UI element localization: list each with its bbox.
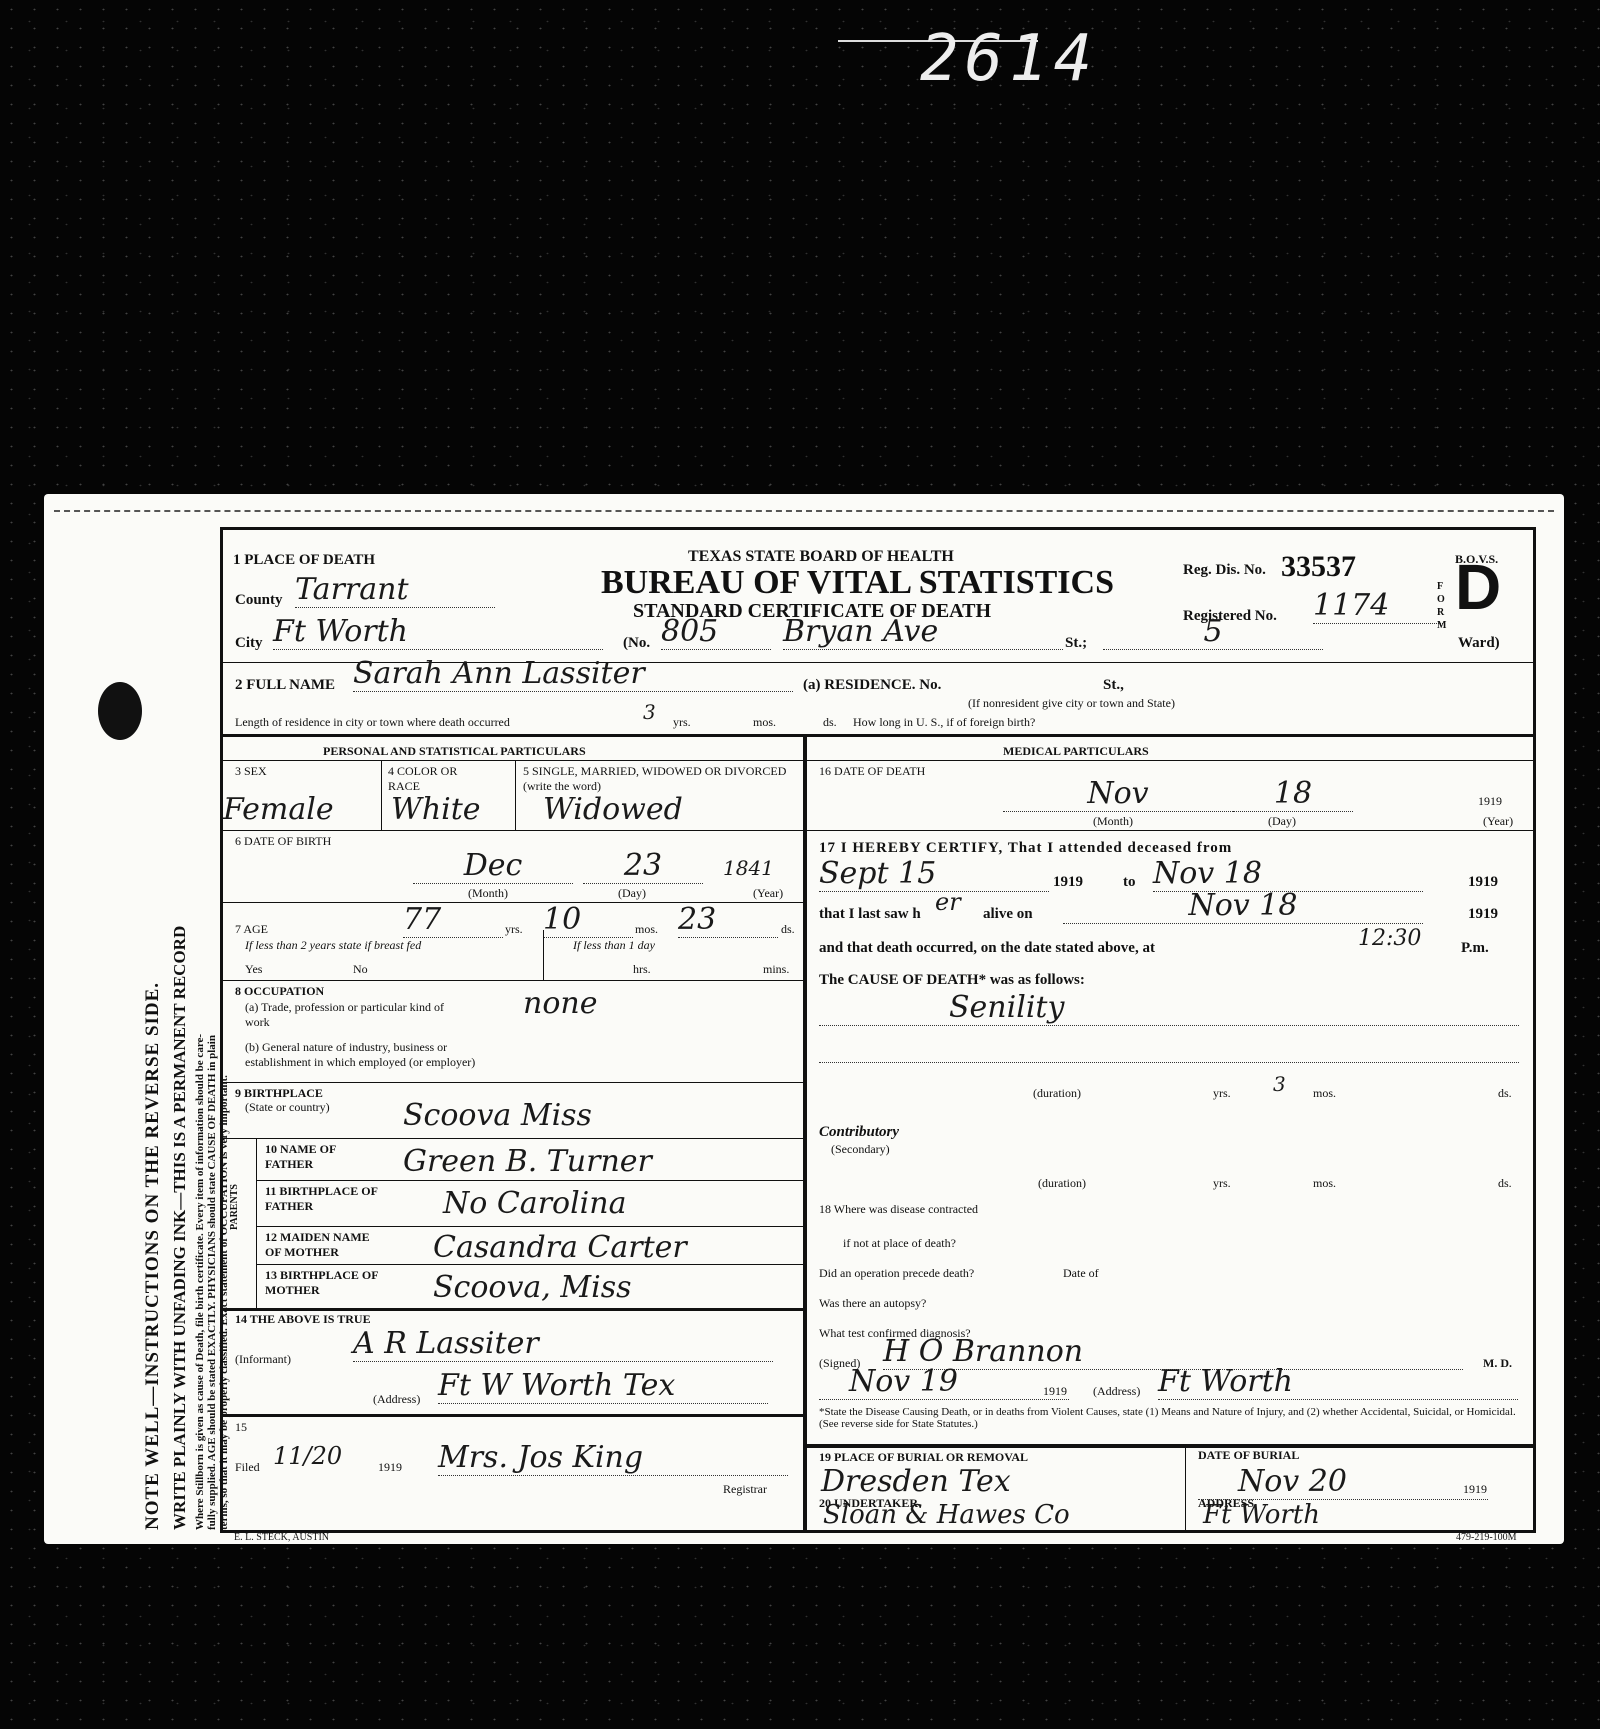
if-not-place-label: if not at place of death? (843, 1236, 956, 1251)
mother-birthplace-value: Scoova, Miss (433, 1270, 632, 1305)
informant-address-value: Ft W Worth Tex (438, 1368, 768, 1404)
burial-place-value: Dresden Tex (821, 1464, 1011, 1499)
medical-section-title: MEDICAL PARTICULARS (1003, 744, 1149, 759)
sex-label: 3 SEX (235, 764, 267, 779)
burial-date-value: Nov 20 (1198, 1464, 1488, 1500)
street-label: St.; (1065, 635, 1087, 652)
physician-address-label: (Address) (1093, 1384, 1140, 1399)
city-value: Ft Worth (273, 614, 603, 650)
alive-on-date: Nov 18 (1063, 888, 1423, 924)
attended-to-year: 1919 (1468, 874, 1498, 891)
physician-address: Ft Worth (1158, 1364, 1518, 1400)
length-residence-label: Length of residence in city or town wher… (235, 715, 510, 730)
filed-label: Filed (235, 1460, 260, 1475)
yes-label: Yes (245, 962, 262, 977)
cause-of-death-value: Senility (819, 990, 1519, 1026)
father-birthplace-label: 11 BIRTHPLACE OF FATHER (265, 1184, 385, 1214)
age-yrs-caption: yrs. (505, 922, 523, 937)
contributory-yrs-label: yrs. (1213, 1176, 1231, 1191)
dob-day: 23 (583, 848, 703, 884)
contributory-ds-label: ds. (1498, 1176, 1512, 1191)
parents-label: PARENTS (229, 1184, 240, 1230)
race-label: 4 COLOR OR RACE (388, 764, 478, 794)
bureau-title: BUREAU OF VITAL STATISTICS (601, 564, 1114, 602)
filed-date: 11/20 (273, 1442, 342, 1470)
form-code: 479-219-100M (1456, 1532, 1517, 1543)
informant-address-label: (Address) (373, 1392, 420, 1407)
mother-value: Casandra Carter (433, 1230, 687, 1265)
dob-day-caption: (Day) (618, 886, 646, 901)
county-label: County (235, 592, 283, 609)
alive-on-year: 1919 (1468, 906, 1498, 923)
printer-imprint: E. L. STECK, AUSTIN (234, 1532, 329, 1543)
time-suffix: P.m. (1461, 940, 1489, 957)
residence-street-label: St., (1103, 677, 1124, 694)
duration-months: 3 (1273, 1072, 1286, 1096)
form-letter: D (1455, 550, 1501, 624)
duration-yrs-label: yrs. (1213, 1086, 1231, 1101)
death-year-caption: (Year) (1483, 814, 1513, 829)
street-no-value: 805 (661, 614, 771, 650)
registrar-value: Mrs. Jos King (438, 1440, 788, 1476)
paper-top-edge (54, 502, 1554, 512)
alive-on-label: alive on (983, 906, 1033, 923)
filed-number: 15 (235, 1420, 247, 1435)
full-name-value: Sarah Ann Lassiter (353, 656, 793, 692)
ward-label: Ward) (1458, 635, 1500, 652)
contributory-mos-label: mos. (1313, 1176, 1336, 1191)
death-day-caption: (Day) (1268, 814, 1296, 829)
duration-label: (duration) (1033, 1086, 1081, 1101)
time-of-death: 12:30 (1358, 926, 1421, 951)
street-value: Bryan Ave (783, 614, 1063, 650)
date-of-death-label: 16 DATE OF DEATH (819, 764, 925, 779)
death-day: 18 (1233, 776, 1353, 812)
cause-footnote: *State the Disease Causing Death, or in … (819, 1406, 1519, 1430)
duration-mos-label: mos. (1313, 1086, 1336, 1101)
mother-birthplace-label: 13 BIRTHPLACE OF MOTHER (265, 1268, 385, 1298)
yrs-label: yrs. (673, 715, 691, 730)
age-label: 7 AGE (235, 922, 268, 937)
age-mos-caption: mos. (635, 922, 658, 937)
father-value: Green B. Turner (403, 1144, 652, 1179)
age-ds-caption: ds. (781, 922, 795, 937)
dob-label: 6 DATE OF BIRTH (235, 834, 331, 849)
ink-blot (98, 682, 142, 740)
age-days: 23 (678, 902, 778, 938)
cause-line-2 (819, 1060, 1519, 1063)
occupation-value: none (523, 986, 597, 1021)
date-of-operation-label: Date of (1063, 1266, 1099, 1281)
length-residence-yrs: 3 (643, 700, 656, 724)
duration-ds-label: ds. (1498, 1086, 1512, 1101)
undertaker-value: Sloan & Hawes Co (823, 1500, 1070, 1530)
nonresident-note: (If nonresident give city or town and St… (968, 696, 1175, 711)
breast-fed-note: If less than 2 years state if breast fed (245, 938, 421, 953)
mother-label: 12 MAIDEN NAME OF MOTHER (265, 1230, 385, 1260)
instructions-margin: NOTE WELL—INSTRUCTIONS ON THE REVERSE SI… (150, 530, 220, 1540)
attended-to-date: Nov 18 (1153, 856, 1423, 892)
informant-label: (Informant) (235, 1352, 291, 1367)
registrar-label: Registrar (723, 1482, 767, 1497)
father-label: 10 NAME OF FATHER (265, 1142, 365, 1172)
contributory-duration-label: (duration) (1038, 1176, 1086, 1191)
secondary-label: (Secondary) (831, 1142, 890, 1157)
age-months: 10 (543, 902, 633, 938)
death-occurred-label: and that death occurred, on the date sta… (819, 940, 1155, 957)
last-saw-label: that I last saw h (819, 906, 921, 923)
burial-place-label: 19 PLACE OF BURIAL OR REMOVAL (819, 1450, 1028, 1465)
dob-year: 1841 (723, 856, 774, 880)
age-years: 77 (403, 902, 503, 938)
city-label: City (235, 635, 263, 652)
cause-of-death-label: The CAUSE OF DEATH* was as follows: (819, 972, 1085, 989)
operation-label: Did an operation precede death? (819, 1266, 974, 1281)
burial-year: 1919 (1463, 1482, 1487, 1497)
mins-label: mins. (763, 962, 789, 977)
foreign-birth-label: How long in U. S., if of foreign birth? (853, 715, 1035, 730)
signed-year: 1919 (1043, 1384, 1067, 1399)
contributory-label: Contributory (819, 1124, 899, 1141)
marital-label: 5 SINGLE, MARRIED, WIDOWED OR DIVORCED (… (523, 764, 803, 794)
marital-value: Widowed (543, 792, 683, 827)
registered-value: 1174 (1313, 588, 1443, 624)
occupation-a-label: (a) Trade, profession or particular kind… (245, 1000, 445, 1030)
sex-value: Female (223, 792, 334, 827)
form-label: FORM (1437, 580, 1447, 632)
certify-statement: 17 I HEREBY CERTIFY, That I attended dec… (819, 840, 1232, 857)
burial-date-label: DATE OF BURIAL (1198, 1448, 1299, 1463)
ds-label: ds. (823, 715, 837, 730)
death-certificate-form: 1 PLACE OF DEATH TEXAS STATE BOARD OF HE… (220, 527, 1536, 1533)
signed-date: Nov 19 (819, 1364, 1069, 1400)
autopsy-label: Was there an autopsy? (819, 1296, 926, 1311)
birthplace-caption: (State or country) (245, 1100, 330, 1115)
residence-label: (a) RESIDENCE. No. (803, 677, 941, 694)
above-is-true-label: 14 THE ABOVE IS TRUE (235, 1312, 371, 1327)
reg-dis-label: Reg. Dis. No. (1183, 562, 1266, 579)
death-month-caption: (Month) (1093, 814, 1133, 829)
street-no-label: (No. (623, 635, 650, 652)
less-than-day-note: If less than 1 day (573, 938, 655, 953)
father-birthplace-value: No Carolina (443, 1186, 627, 1221)
death-month: Nov (1003, 776, 1233, 812)
ward-value: 5 (1103, 614, 1323, 650)
informant-value: A R Lassiter (353, 1326, 773, 1362)
attended-from-date: Sept 15 (819, 856, 1049, 892)
dob-year-caption: (Year) (753, 886, 783, 901)
hrs-label: hrs. (633, 962, 651, 977)
dob-month: Dec (413, 848, 573, 884)
personal-section-title: PERSONAL AND STATISTICAL PARTICULARS (323, 744, 586, 759)
no-label: No (353, 962, 368, 977)
death-year: 1919 (1478, 794, 1502, 809)
reg-dis-value: 33537 (1281, 550, 1451, 584)
full-name-label: 2 FULL NAME (235, 677, 335, 694)
birthplace-label: 9 BIRTHPLACE (235, 1086, 323, 1101)
top-stamp-number: 2614 (920, 22, 1098, 96)
filed-year: 1919 (378, 1460, 402, 1475)
county-value: Tarrant (295, 572, 495, 608)
place-of-death-title: 1 PLACE OF DEATH (233, 552, 375, 569)
race-value: White (391, 792, 481, 827)
margin-note-well: NOTE WELL—INSTRUCTIONS ON THE REVERSE SI… (142, 982, 164, 1530)
mos-label: mos. (753, 715, 776, 730)
birthplace-value: Scoova Miss (403, 1098, 592, 1133)
dob-month-caption: (Month) (468, 886, 508, 901)
margin-write-plainly: WRITE PLAINLY WITH UNFADING INK—THIS IS … (170, 926, 190, 1530)
where-contracted-label: 18 Where was disease contracted (819, 1202, 978, 1217)
occupation-b-label: (b) General nature of industry, business… (245, 1040, 485, 1070)
last-saw-pronoun: er (935, 888, 961, 916)
undertaker-address-value: Ft Worth (1203, 1500, 1320, 1530)
occupation-label: 8 OCCUPATION (235, 984, 324, 999)
